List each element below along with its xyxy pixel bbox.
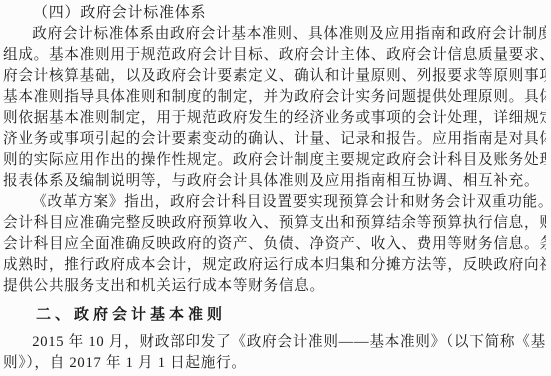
document-page: （四）政府会计标准体系 政府会计标准体系由政府会计基本准则、具体准则及应用指南和… [0,0,551,376]
paragraph-reform-plan: 《改革方案》指出，政府会计科目设置要实现预算会计和财务会计双重功能。预算 会计科… [3,192,546,297]
text-line: 济业务或事项引起的会计要素变动的确认、计量、记录和报告。应用指南是对具体准 [3,129,546,150]
text-line: 成熟时，推行政府成本会计，规定政府运行成本归集和分摊方法等，反映政府向社会 [3,255,546,276]
text-line: 报表体系及编制说明等，与政府会计具体准则及应用指南相互协调、相互补充。 [3,171,546,192]
text-line: 基本准则指导具体准则和制度的制定，并为政府会计实务问题提供处理原则。具体准 [3,87,546,108]
text-line: 则》），自 2017 年 1 月 1 日起施行。 [3,353,546,374]
text-line: 会计科目应准确完整反映政府预算收入、预算支出和预算结余等预算执行信息，财务 [3,213,546,234]
text-line: 组成。基本准则用于规范政府会计目标、政府会计主体、政府会计信息质量要求、政 [3,45,546,66]
paragraph-basic-standards: 2015 年 10 月，财政部印发了《政府会计准则——基本准则》（以下简称《基本… [3,332,546,374]
paragraph-standards-system: 政府会计标准体系由政府会计基本准则、具体准则及应用指南和政府会计制度等 组成。基… [3,24,546,192]
text-line: 则依据基本准则制定，用于规范政府发生的经济业务或事项的会计处理，详细规定经 [3,108,546,129]
text-line: 2015 年 10 月，财政部印发了《政府会计准则——基本准则》（以下简称《基本… [3,332,546,353]
text-line: 《改革方案》指出，政府会计科目设置要实现预算会计和财务会计双重功能。预算 [3,192,546,213]
text-line: 提供公共服务支出和机关运行成本等财务信息。 [3,276,546,297]
text-line: 府会计核算基础，以及政府会计要素定义、确认和计量原则、列报要求等原则事项。 [3,66,546,87]
text-line: 会计科目应全面准确反映政府的资产、负债、净资产、收入、费用等财务信息。条件 [3,234,546,255]
text-line: 则的实际应用作出的操作性规定。政府会计制度主要规定政府会计科目及账务处理、 [3,150,546,171]
section-heading: （四）政府会计标准体系 [3,3,546,24]
chapter-heading: 二、政府会计基本准则 [3,304,546,325]
text-line: 政府会计标准体系由政府会计基本准则、具体准则及应用指南和政府会计制度等 [3,24,546,45]
